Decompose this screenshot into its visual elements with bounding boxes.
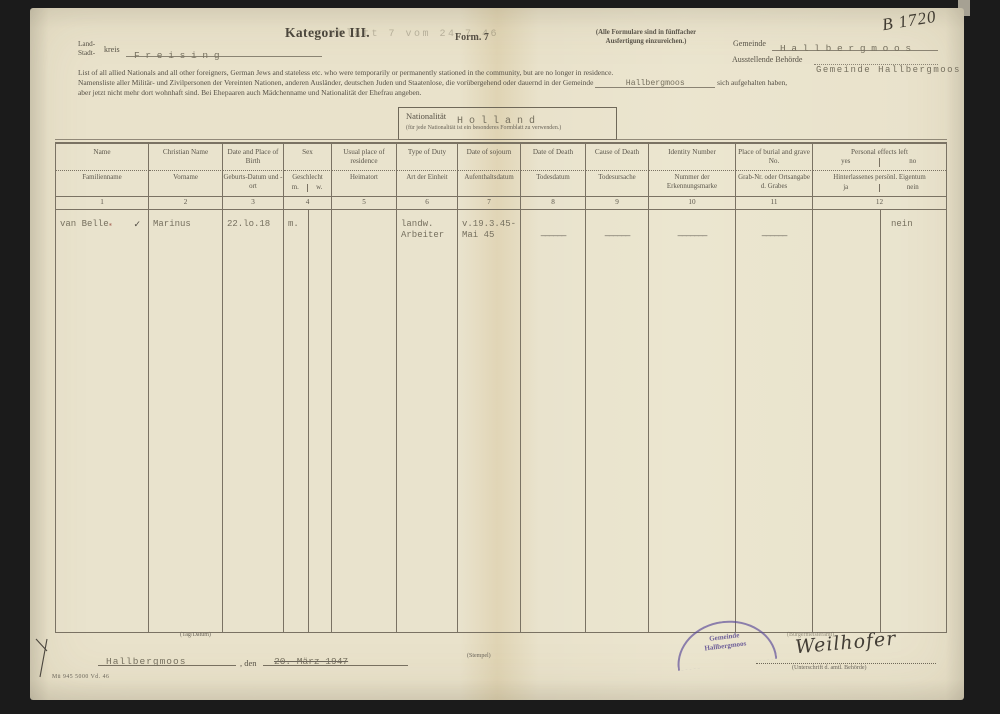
col-header-en-name: Name [56, 144, 149, 171]
kreis-label: kreis [104, 45, 120, 54]
col-number: 11 [736, 197, 813, 210]
instructions-german-line1: Namensliste aller Militär- und Zivilpers… [78, 78, 964, 88]
col-header-de-eigentum: Hinterlassenes persönl. Eigentum ja nein [813, 171, 946, 197]
col-header-de-heimatort: Heimatort [332, 171, 397, 197]
nationality-box: Nationalität (für jede Nationalität ist … [398, 107, 617, 140]
check-mark: ✓ [133, 219, 141, 230]
cell-birth-date: 22.lo.18 [223, 210, 284, 632]
col-header-de-einheit: Art der Einheit [397, 171, 458, 197]
cell-duty: landw. Arbeiter [397, 210, 458, 632]
copies-instruction: (Alle Formulare sind in fünffacher Ausfe… [562, 28, 730, 46]
col-header-en-birth: Date and Place of Birth [223, 144, 284, 171]
col-header-de-geburt: Geburts-Datum und -ort [223, 171, 284, 197]
cell-family-name: van Belle⁎ ✓ [56, 210, 149, 632]
col-header-de-geschlecht: Geschlecht m. w. [284, 171, 332, 197]
date-typed-value: 20. März 1947 [274, 656, 348, 667]
col-header-en-identity: Identity Number [649, 144, 736, 171]
col-header-de-name: Familienname [56, 171, 149, 197]
cell-sex: m. [284, 210, 332, 632]
col-number: 6 [397, 197, 458, 210]
signature-blank-line [756, 651, 936, 664]
cell-death-date: —————— [521, 210, 586, 632]
cell-residence [332, 210, 397, 632]
signature-hint: (Unterschrift d. amtl. Behörde) [792, 665, 866, 671]
col-number: 4 [284, 197, 332, 210]
form-number-label: Form. 7 [455, 32, 489, 43]
col-number: 9 [586, 197, 649, 210]
col-header-en-effects: Personal effects left yes no [813, 144, 946, 171]
scanned-form-page: ormblatt 7 vom 24.7.46 Kategorie III. Fo… [30, 8, 964, 700]
col-number: 8 [521, 197, 586, 210]
col-number: 7 [458, 197, 521, 210]
col-header-de-vorname: Vorname [149, 171, 223, 197]
col-number: 2 [149, 197, 223, 210]
gemeinde-label: Gemeinde [733, 39, 766, 48]
col-header-de-erkennungsmarke: Nummer der Erkennungsmarke [649, 171, 736, 197]
form-instructions-paragraph: List of all allied Nationals and all oth… [78, 68, 964, 98]
print-code: Mü 945 5000 Vd. 46 [52, 674, 109, 680]
col-header-en-burial: Place of burial and grave No. [736, 144, 813, 171]
col-header-en-duty: Type of Duty [397, 144, 458, 171]
col-header-en-death-cause: Cause of Death [586, 144, 649, 171]
red-pen-mark: ⁎ [109, 221, 113, 229]
col-header-en-death-date: Date of Death [521, 144, 586, 171]
col-header-de-todesursache: Todesursache [586, 171, 649, 197]
col-header-en-christian-name: Christian Name [149, 144, 223, 171]
form-category-title: Kategorie III. [285, 25, 370, 41]
col-number: 3 [223, 197, 284, 210]
col-header-de-grab: Grab-Nr. oder Ortsangabe d. Grabes [736, 171, 813, 197]
place-typed-value: Hallbergmoos [106, 656, 186, 667]
instructions-german-line2: aber jetzt nicht mehr dort wohnhaft sind… [78, 88, 964, 98]
stamp-hint: (Stempel) [467, 653, 491, 659]
cell-personal-effects: nein [813, 210, 946, 632]
kreis-typed-value: F r e i s i n g [134, 50, 220, 61]
col-number: 10 [649, 197, 736, 210]
handwritten-registry-number: B 1720 [881, 7, 938, 35]
nationality-label: Nationalität [406, 111, 446, 121]
gemeinde-inline-typed: Hallbergmoos [595, 80, 715, 88]
issuing-authority-blank-line [814, 52, 938, 65]
col-header-en-residence: Usual place of residence [332, 144, 397, 171]
col-header-en-sex: Sex [284, 144, 332, 171]
land-stadt-label: Land- Stadt- [78, 40, 95, 57]
col-number: 12 [813, 197, 946, 210]
cell-first-name: Marinus [149, 210, 223, 632]
instructions-english: List of all allied Nationals and all oth… [78, 68, 964, 78]
cell-death-cause: —————— [586, 210, 649, 632]
col-number: 5 [332, 197, 397, 210]
cell-sojourn: v.19.3.45- Mai 45 [458, 210, 521, 632]
col-header-de-todesdatum: Todesdatum [521, 171, 586, 197]
den-label: , den [240, 658, 257, 668]
col-header-en-sojourn: Date of sojourn [458, 144, 521, 171]
cell-burial-place: —————— [736, 210, 813, 632]
cell-identity-number: ——————— [649, 210, 736, 632]
roster-table: Name Christian Name Date and Place of Bi… [55, 142, 947, 633]
issuing-authority-label: Ausstellende Behörde [732, 55, 802, 64]
place-date-hint: (Tag/Datum) [180, 632, 211, 638]
col-number: 1 [56, 197, 149, 210]
col-header-de-aufenthalt: Aufenthaltsdatum [458, 171, 521, 197]
nationality-typed-value: H o l l a n d [457, 116, 535, 127]
